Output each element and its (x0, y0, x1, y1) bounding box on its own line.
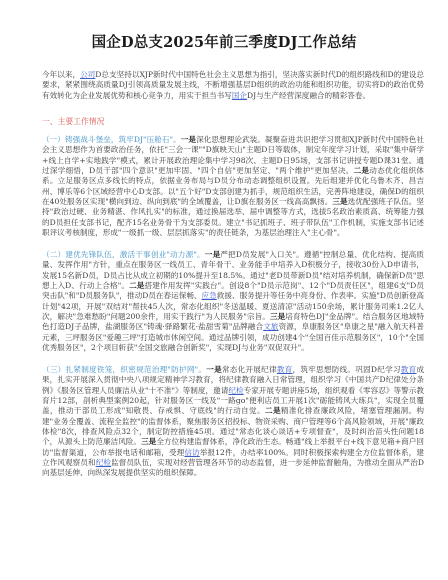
paragraph-text: 常态化开展纪律 (222, 365, 277, 374)
inline-link[interactable]: 教育 (277, 365, 293, 374)
inline-link[interactable]: 纪检 (96, 458, 111, 467)
lead-marker: 二是 (129, 281, 144, 290)
body-paragraph: （三）扎紧制度铁笼，织密规范治理"防护网"。一是常态化开展纪律教育，筑牢思想防线… (42, 365, 424, 478)
intro-text: DJ与生产经营深度融合的精彩答卷。 (247, 91, 370, 100)
paragraph-text: ，筑牢思想防线。巩固D纪学习 (293, 365, 401, 374)
sub-heading: （三）扎紧制度铁笼，织密规范治理"防护网"。 (42, 365, 206, 374)
inline-link[interactable]: 教育 (401, 365, 417, 374)
body-paragraph: （一）铸强战斗堡垒，筑牢DJ"压舱石"。一是深化思想理论武装。凝聚奋进共识把学习… (42, 135, 424, 238)
sub-heading: （二）建优先锋队伍，激活干事创业"动力源"。 (42, 250, 205, 259)
lead-marker: 三是 (332, 197, 347, 206)
lead-marker: 三是 (141, 437, 156, 446)
sub-heading: （一）铸强战斗堡垒，筑牢DJ"压舱石"。 (42, 135, 181, 144)
lead-marker: 二是 (265, 406, 281, 415)
lead-marker: 三是 (270, 312, 285, 321)
state-enterprise-link[interactable]: 国企 (232, 91, 247, 100)
company-link[interactable]: 公司 (80, 70, 95, 79)
inline-link[interactable]: 纪检 (228, 386, 243, 395)
lead-marker: 一是 (181, 135, 196, 144)
intro-text: 今年以来， (42, 70, 80, 79)
document-title: 国企D总支2025年前三季度DJ工作总结 (0, 31, 448, 52)
lead-marker: 一是 (206, 365, 222, 374)
intro-paragraph: 今年以来，公司D总支坚持以XJP新时代中国特色社会主义思想为指引，坚决落实新时代… (42, 70, 424, 101)
paragraph-list: （一）铸强战斗堡垒，筑牢DJ"压舱石"。一是深化思想理论武装。凝聚奋进共识把学习… (42, 135, 424, 478)
inline-link[interactable]: 文旅 (263, 322, 278, 331)
section-heading: 一、主要工作情况 (42, 117, 424, 127)
lead-marker: 一是 (205, 250, 221, 259)
document-page: 国企D总支2025年前三季度DJ工作总结 今年以来，公司D总支坚持以XJP新时代… (0, 0, 448, 580)
body-paragraph: （二）建优先锋队伍，激活干事创业"动力源"。一是严把D员发展"入口关"。遵循"控… (42, 250, 424, 353)
document-body: 今年以来，公司D总支坚持以XJP新时代中国特色社会主义思想为指引，坚决落实新时代… (42, 70, 424, 490)
inline-link[interactable]: 应急 (202, 291, 217, 300)
lead-marker: 二是 (354, 166, 370, 175)
inline-link[interactable]: 信访 (184, 448, 199, 457)
